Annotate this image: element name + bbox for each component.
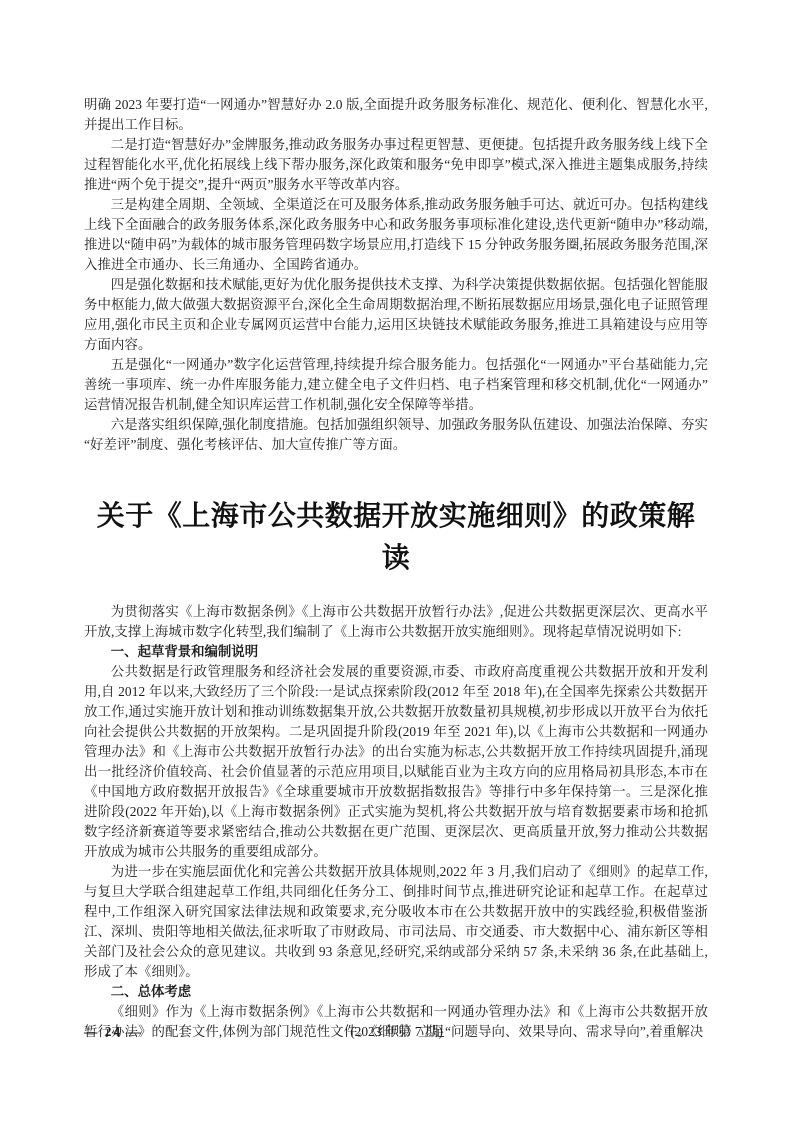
- paragraph: 三是构建全周期、全领域、全渠道泛在可及服务体系,推动政务服务触手可达、就近可办。…: [84, 195, 708, 275]
- paragraph: 公共数据是行政管理服务和经济社会发展的重要资源,市委、市政府高度重视公共数据开放…: [84, 662, 708, 862]
- paragraph: 明确 2023 年要打造“一网通办”智慧好办 2.0 版,全面提升政务服务标准化…: [84, 95, 708, 135]
- content-column: 明确 2023 年要打造“一网通办”智慧好办 2.0 版,全面提升政务服务标准化…: [84, 95, 708, 1042]
- document-page: 明确 2023 年要打造“一网通办”智慧好办 2.0 版,全面提升政务服务标准化…: [0, 0, 793, 1122]
- paragraph: 五是强化“一网通办”数字化运营管理,持续提升综合服务能力。包括强化“一网通办”平…: [84, 355, 708, 415]
- section-heading: 一、起草背景和编制说明: [84, 642, 708, 662]
- continuation-section: 明确 2023 年要打造“一网通办”智慧好办 2.0 版,全面提升政务服务标准化…: [84, 95, 708, 455]
- paragraph: 六是落实组织保障,强化制度措施。包括加强组织领导、加强政务服务队伍建设、加强法治…: [84, 415, 708, 455]
- section-heading: 二、总体考虑: [84, 982, 708, 1002]
- paragraph: 四是强化数据和技术赋能,更好为优化服务提供技术支撑、为科学决策提供数据依据。包括…: [84, 275, 708, 355]
- footer-issue: (2023 年第 7 期): [0, 1022, 793, 1042]
- paragraph: 二是打造“智慧好办”金牌服务,推动政务服务办事过程更智慧、更便捷。包括提升政务服…: [84, 135, 708, 195]
- paragraph: 为进一步在实施层面优化和完善公共数据开放具体规则,2022 年 3 月,我们启动…: [84, 862, 708, 982]
- paragraph: 为贯彻落实《上海市数据条例》《上海市公共数据开放暂行办法》,促进公共数据更深层次…: [84, 602, 708, 642]
- article-title: 关于《上海市公共数据开放实施细则》的政策解读: [84, 496, 708, 580]
- article-body: 为贯彻落实《上海市数据条例》《上海市公共数据开放暂行办法》,促进公共数据更深层次…: [84, 602, 708, 1042]
